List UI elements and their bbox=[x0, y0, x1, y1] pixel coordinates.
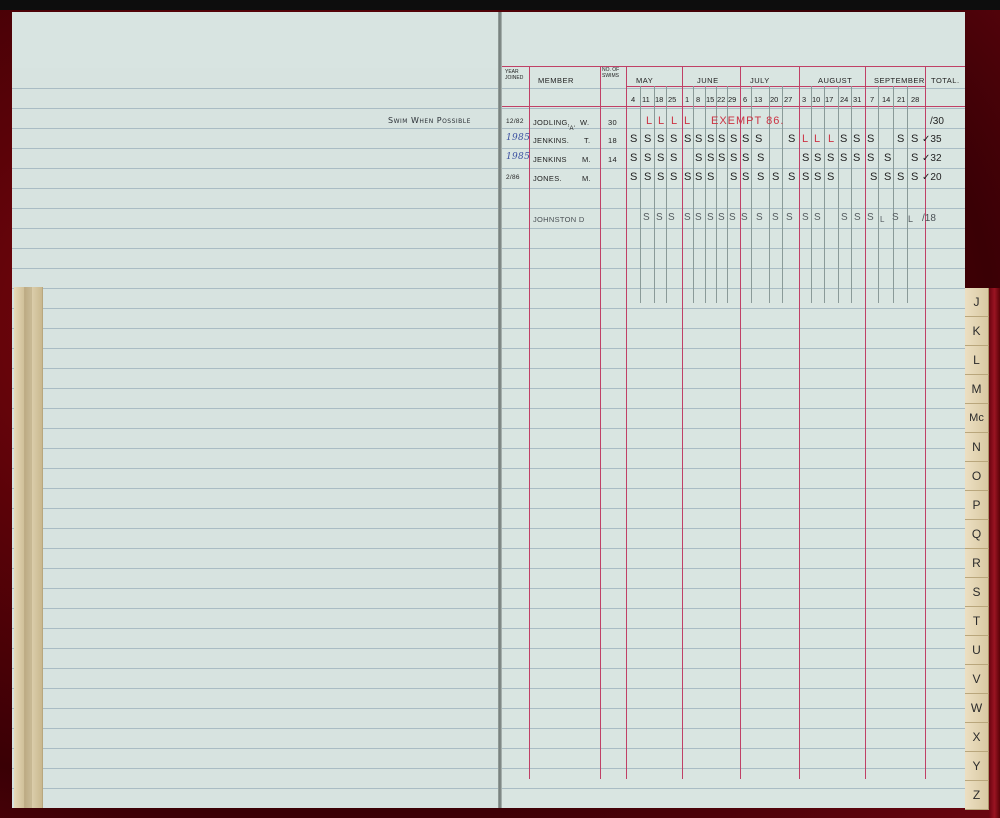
day-label: 11 bbox=[642, 95, 650, 104]
swim-count: 30 bbox=[608, 118, 617, 127]
year-joined: 1985 bbox=[506, 152, 530, 162]
member-tag: 'A' bbox=[568, 126, 575, 132]
index-tab-s[interactable]: S bbox=[965, 578, 989, 607]
day-label: 22 bbox=[717, 95, 725, 104]
year-joined: 1985 bbox=[506, 133, 530, 143]
header-total: Total. bbox=[931, 76, 960, 85]
header-month-august: August bbox=[818, 76, 852, 85]
day-label: 7 bbox=[870, 95, 874, 104]
col-rule-july bbox=[799, 66, 800, 779]
day-label: 24 bbox=[840, 95, 848, 104]
month-divider-rule bbox=[626, 86, 926, 87]
member-name: Jodling. bbox=[533, 118, 570, 127]
total-value: ✓20 bbox=[922, 172, 942, 183]
col-rule-june bbox=[740, 66, 741, 779]
index-tab-q[interactable]: Q bbox=[965, 520, 989, 549]
member-initial: T. bbox=[584, 136, 590, 145]
index-tab-w[interactable]: W bbox=[965, 694, 989, 723]
day-label: 3 bbox=[802, 95, 806, 104]
col-rule-august bbox=[865, 66, 866, 779]
day-label: 25 bbox=[668, 95, 676, 104]
left-page bbox=[12, 12, 498, 808]
day-label: 29 bbox=[728, 95, 736, 104]
cover-edge bbox=[989, 288, 1000, 818]
day-label: 6 bbox=[743, 95, 747, 104]
total-value: ✓32 bbox=[922, 153, 942, 164]
header-year-joined: Year Joined bbox=[505, 69, 529, 81]
year-joined: 2/86 bbox=[506, 174, 520, 181]
member-name: Johnston D bbox=[533, 215, 585, 224]
header-no-of-swims: No. of Swims bbox=[602, 67, 626, 79]
index-tab-m[interactable]: M bbox=[965, 375, 989, 404]
total-value: /30 bbox=[930, 116, 944, 127]
header-month-july: July bbox=[750, 76, 770, 85]
left-page-index-strip bbox=[14, 287, 43, 808]
top-edge bbox=[0, 0, 1000, 10]
day-label: 13 bbox=[754, 95, 762, 104]
day-label: 20 bbox=[770, 95, 778, 104]
day-label: 17 bbox=[825, 95, 833, 104]
day-label: 18 bbox=[655, 95, 663, 104]
index-tab-u[interactable]: U bbox=[965, 636, 989, 665]
index-tab-p[interactable]: P bbox=[965, 491, 989, 520]
total-value: /18 bbox=[922, 213, 936, 224]
swim-count: 14 bbox=[608, 155, 617, 164]
index-tab-v[interactable]: V bbox=[965, 665, 989, 694]
col-rule-swims bbox=[626, 66, 627, 779]
day-label: 27 bbox=[784, 95, 792, 104]
member-name: Jenkins bbox=[533, 155, 567, 164]
member-name: Jones. bbox=[533, 174, 562, 183]
day-label: 8 bbox=[696, 95, 700, 104]
col-rule-member bbox=[600, 66, 601, 779]
col-rule-year bbox=[529, 66, 530, 779]
index-tab-z[interactable]: Z bbox=[965, 781, 989, 810]
exempt-note: EXEMPT 86. bbox=[711, 115, 784, 127]
index-tab-r[interactable]: R bbox=[965, 549, 989, 578]
day-label: 31 bbox=[853, 95, 861, 104]
day-label: 1 bbox=[685, 95, 689, 104]
day-label: 14 bbox=[882, 95, 890, 104]
margin-note: Swim When Possible bbox=[388, 116, 471, 125]
index-tab-n[interactable]: N bbox=[965, 433, 989, 462]
index-tab-x[interactable]: X bbox=[965, 723, 989, 752]
index-tab-o[interactable]: O bbox=[965, 462, 989, 491]
member-initial: W. bbox=[580, 118, 589, 127]
index-tab-k[interactable]: K bbox=[965, 317, 989, 346]
index-tab-mc[interactable]: Mc bbox=[965, 404, 989, 433]
year-joined: 12/82 bbox=[506, 118, 524, 125]
member-initial: M. bbox=[582, 174, 591, 183]
total-value: ✓35 bbox=[922, 134, 942, 145]
day-label: 10 bbox=[812, 95, 820, 104]
header-month-june: June bbox=[697, 76, 719, 85]
alphabet-index-tabs: J K L M Mc N O P Q R S T U V W X Y Z bbox=[965, 288, 989, 814]
day-label: 15 bbox=[706, 95, 714, 104]
member-initial: M. bbox=[582, 155, 591, 164]
index-tab-y[interactable]: Y bbox=[965, 752, 989, 781]
index-tab-t[interactable]: T bbox=[965, 607, 989, 636]
swim-count: 18 bbox=[608, 136, 617, 145]
index-tab-j[interactable]: J bbox=[965, 288, 989, 317]
col-rule-may bbox=[682, 66, 683, 779]
header-month-september: September bbox=[874, 76, 925, 85]
header-bottom-rule bbox=[502, 106, 965, 107]
day-label: 28 bbox=[911, 95, 919, 104]
header-member: Member bbox=[538, 76, 574, 85]
day-label: 21 bbox=[897, 95, 905, 104]
member-name: Jenkins. bbox=[533, 136, 569, 145]
header-month-may: May bbox=[636, 76, 653, 85]
header-top-rule bbox=[502, 66, 965, 67]
index-tab-l[interactable]: L bbox=[965, 346, 989, 375]
day-label: 4 bbox=[631, 95, 635, 104]
